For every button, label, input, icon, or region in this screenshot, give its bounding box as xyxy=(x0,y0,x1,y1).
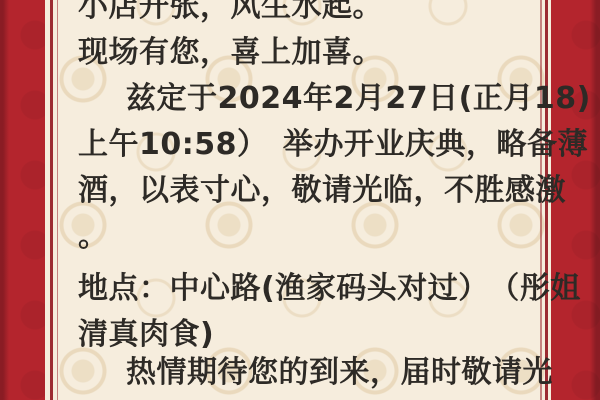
left-red-border-band xyxy=(0,0,45,400)
invitation-line: 上午10:58） 举办开业庆典，略备薄 xyxy=(78,122,530,168)
invitation-line: 热情期待您的到来，届时敬请光 xyxy=(78,350,530,396)
paragraph-blessing: 小店开张，风生水起。 现场有您，喜上加喜。 xyxy=(78,0,530,76)
paragraph-ceremony-details: 兹定于2024年2月27日(正月18)（ 上午10:58） 举办开业庆典，略备薄… xyxy=(78,76,530,260)
invitation-poster: 小店开张，风生水起。 现场有您，喜上加喜。 兹定于2024年2月27日(正月18… xyxy=(0,0,600,400)
paragraph-closing: 热情期待您的到来，届时敬请光 xyxy=(78,350,530,396)
invitation-line: 地点：中心路(渔家码头对过） （彤姐 xyxy=(78,266,530,312)
left-frame-line-outer xyxy=(50,0,53,400)
invitation-line: 。 xyxy=(78,214,530,260)
paragraph-location: 地点：中心路(渔家码头对过） （彤姐 清真肉食) xyxy=(78,266,530,358)
invitation-line: 酒，以表寸心，敬请光临，不胜感激 xyxy=(78,168,530,214)
invitation-line: 兹定于2024年2月27日(正月18)（ xyxy=(78,76,530,122)
invitation-text-block: 小店开张，风生水起。 现场有您，喜上加喜。 兹定于2024年2月27日(正月18… xyxy=(58,0,540,400)
invitation-line: 小店开张，风生水起。 xyxy=(78,0,530,30)
invitation-line: 现场有您，喜上加喜。 xyxy=(78,30,530,76)
